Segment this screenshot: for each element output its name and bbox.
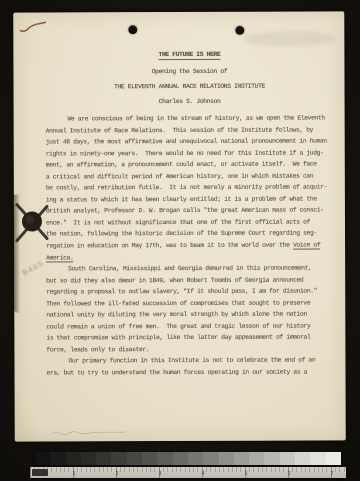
wedge-step (35, 452, 50, 465)
punch-hole-left (128, 25, 137, 34)
ruler-number: 2 (116, 471, 119, 477)
document-body: We are conscious of being in the stream … (46, 114, 335, 381)
body-line: the nation, following the historic decis… (46, 230, 334, 243)
wedge-step (280, 452, 295, 465)
wedge-step (96, 452, 111, 465)
pencil-smudge (244, 31, 336, 45)
wedge-step (111, 452, 126, 465)
ruler-number: 6 (288, 471, 291, 477)
document-title: THE FUTURE IS HERE (159, 51, 221, 60)
body-line: is that compromise with principle, like … (46, 334, 334, 347)
underlined-voice-of: Voice of (293, 242, 320, 250)
ruler-number: 1 (73, 471, 76, 477)
wedge-step (188, 452, 203, 465)
wedge-step (203, 452, 218, 465)
pencil-marginalia: B465 (21, 260, 46, 279)
wedge-step (142, 452, 157, 465)
ruler-number: 5 (245, 471, 248, 477)
body-line: We are conscious of being in the stream … (46, 114, 334, 127)
ruler-label-box (32, 469, 48, 476)
wedge-step (326, 452, 341, 465)
ruler-number: 3 (159, 471, 162, 477)
wedge-step (66, 452, 81, 465)
body-line: regarding a proposal to outlaw slavery, … (46, 288, 334, 301)
body-line: national unity by diluting the very mora… (46, 311, 334, 324)
rust-mark (18, 18, 48, 34)
punch-hole-right (235, 26, 244, 35)
body-line: just 48 days, the most affirmative and u… (46, 138, 334, 151)
ruler-number: 7 (331, 471, 334, 477)
wedge-step (81, 452, 96, 465)
author-name: Charles S. Johnson (46, 97, 334, 105)
body-line: ment, an affirmation, a pronouncement co… (46, 161, 334, 174)
body-line-text: regation in education on May 17th, was t… (46, 242, 293, 250)
body-line: be costly, and retribution futile. It is… (46, 184, 334, 197)
wedge-step (295, 452, 310, 465)
document-heading: THE FUTURE IS HERE Opening the Session o… (45, 49, 333, 105)
wedge-step (219, 452, 234, 465)
pencil-note-illegible (51, 429, 127, 436)
body-line: era, but to try to understand the human … (46, 368, 334, 381)
body-line: regation in education on May 17th, was t… (46, 241, 334, 254)
typed-text-block: THE FUTURE IS HERE Opening the Session o… (45, 49, 334, 381)
grayscale-step-wedge (35, 452, 341, 465)
edge-shadow-smudge (14, 195, 20, 313)
scale-ruler: 1234567 (30, 467, 346, 478)
scanned-document-photo: B465 THE FUTURE IS HERE Opening the Sess… (0, 0, 360, 481)
typescript-page: B465 THE FUTURE IS HERE Opening the Sess… (13, 11, 345, 441)
body-line: British analyst, Professor D. W. Brogan … (46, 207, 334, 220)
wedge-step (127, 452, 142, 465)
institute-name: THE ELEVENTH ANNUAL RACE RELATIONS INSTI… (45, 82, 333, 90)
underlined-america: America. (46, 254, 73, 262)
ruler-number: 4 (202, 471, 205, 477)
wedge-step (264, 452, 279, 465)
wedge-step (50, 452, 65, 465)
wedge-step (173, 452, 188, 465)
wedge-step (157, 452, 172, 465)
wedge-step (234, 452, 249, 465)
wedge-step (249, 452, 264, 465)
wedge-step (310, 452, 325, 465)
body-line: South Carolina, Mississippi and Georgia … (46, 265, 334, 278)
document-subtitle: Opening the Session of (45, 67, 333, 75)
